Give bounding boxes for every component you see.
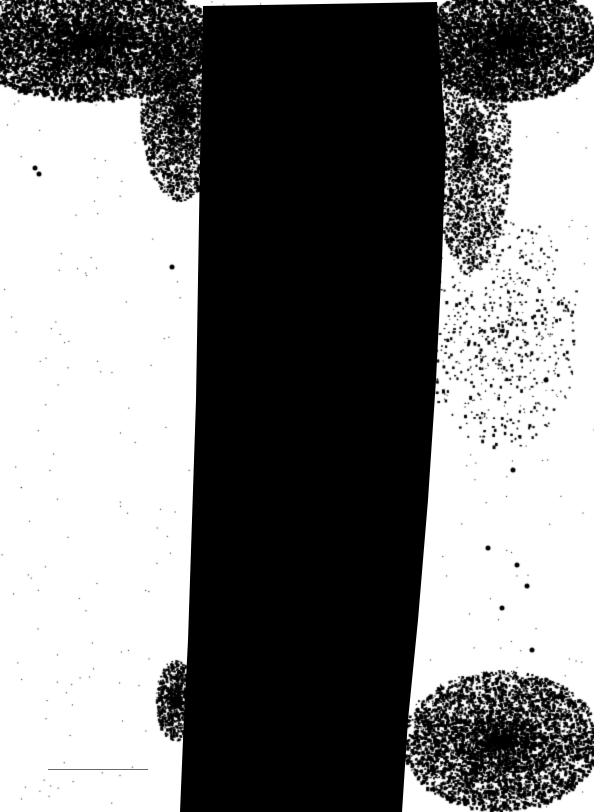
horizontal-rule (48, 769, 148, 770)
dark-band (0, 0, 594, 812)
scanned-page: Scanned photocopy page with dark vertica… (0, 0, 594, 812)
